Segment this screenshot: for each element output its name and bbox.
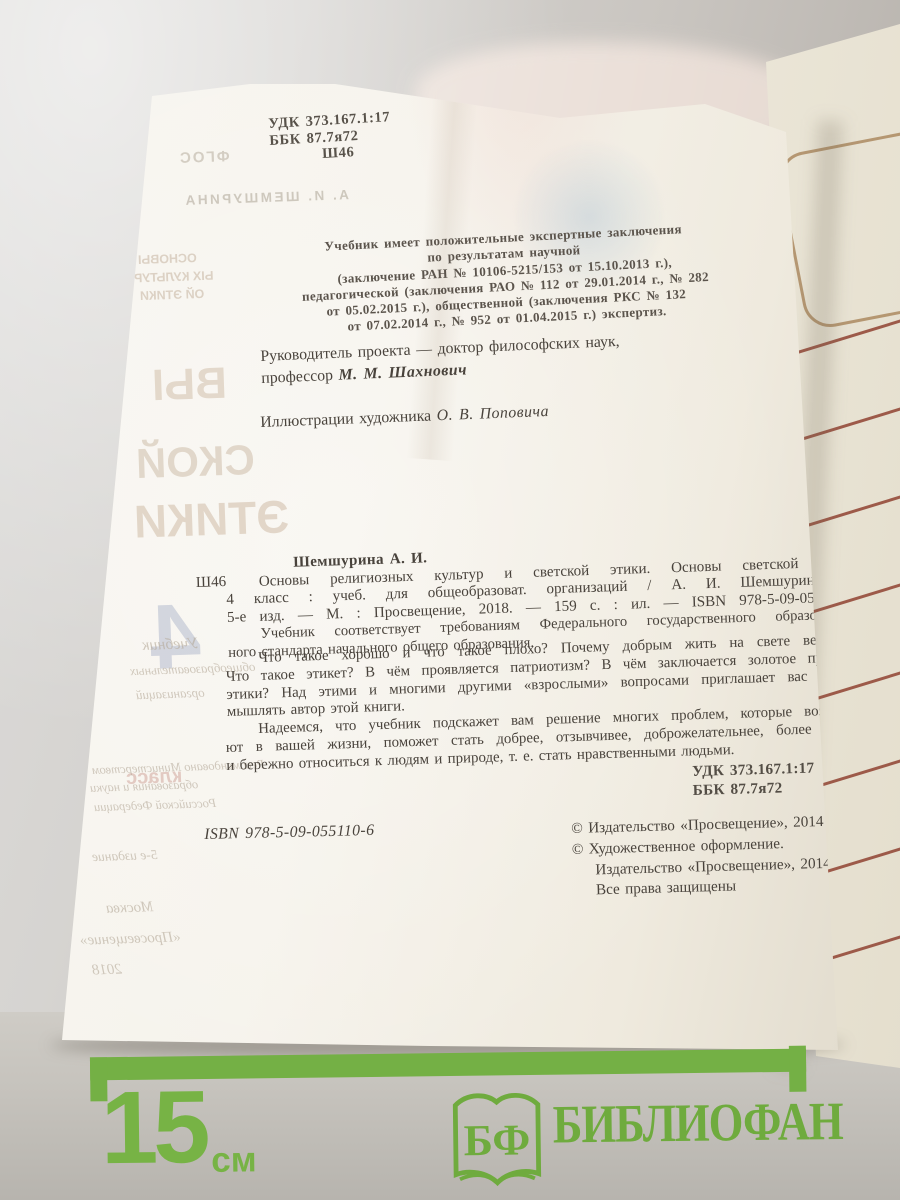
brand-name: БИБЛИОФАН (552, 1095, 843, 1153)
scale-unit: см (211, 1142, 257, 1178)
brand-logo: БФ БИБЛИОФАН (448, 1083, 869, 1198)
scale-value: 15 (100, 1075, 206, 1179)
book-photo: ФГОС А. И. ШЕМШУРИНА ОСНОВЫ ЫХ КУЛЬТУР О… (0, 0, 900, 1200)
svg-text:БФ: БФ (463, 1115, 530, 1165)
open-book-icon: БФ (448, 1087, 545, 1196)
scale-ruler: 15 см БФ БИБЛИОФАН (0, 0, 900, 1200)
